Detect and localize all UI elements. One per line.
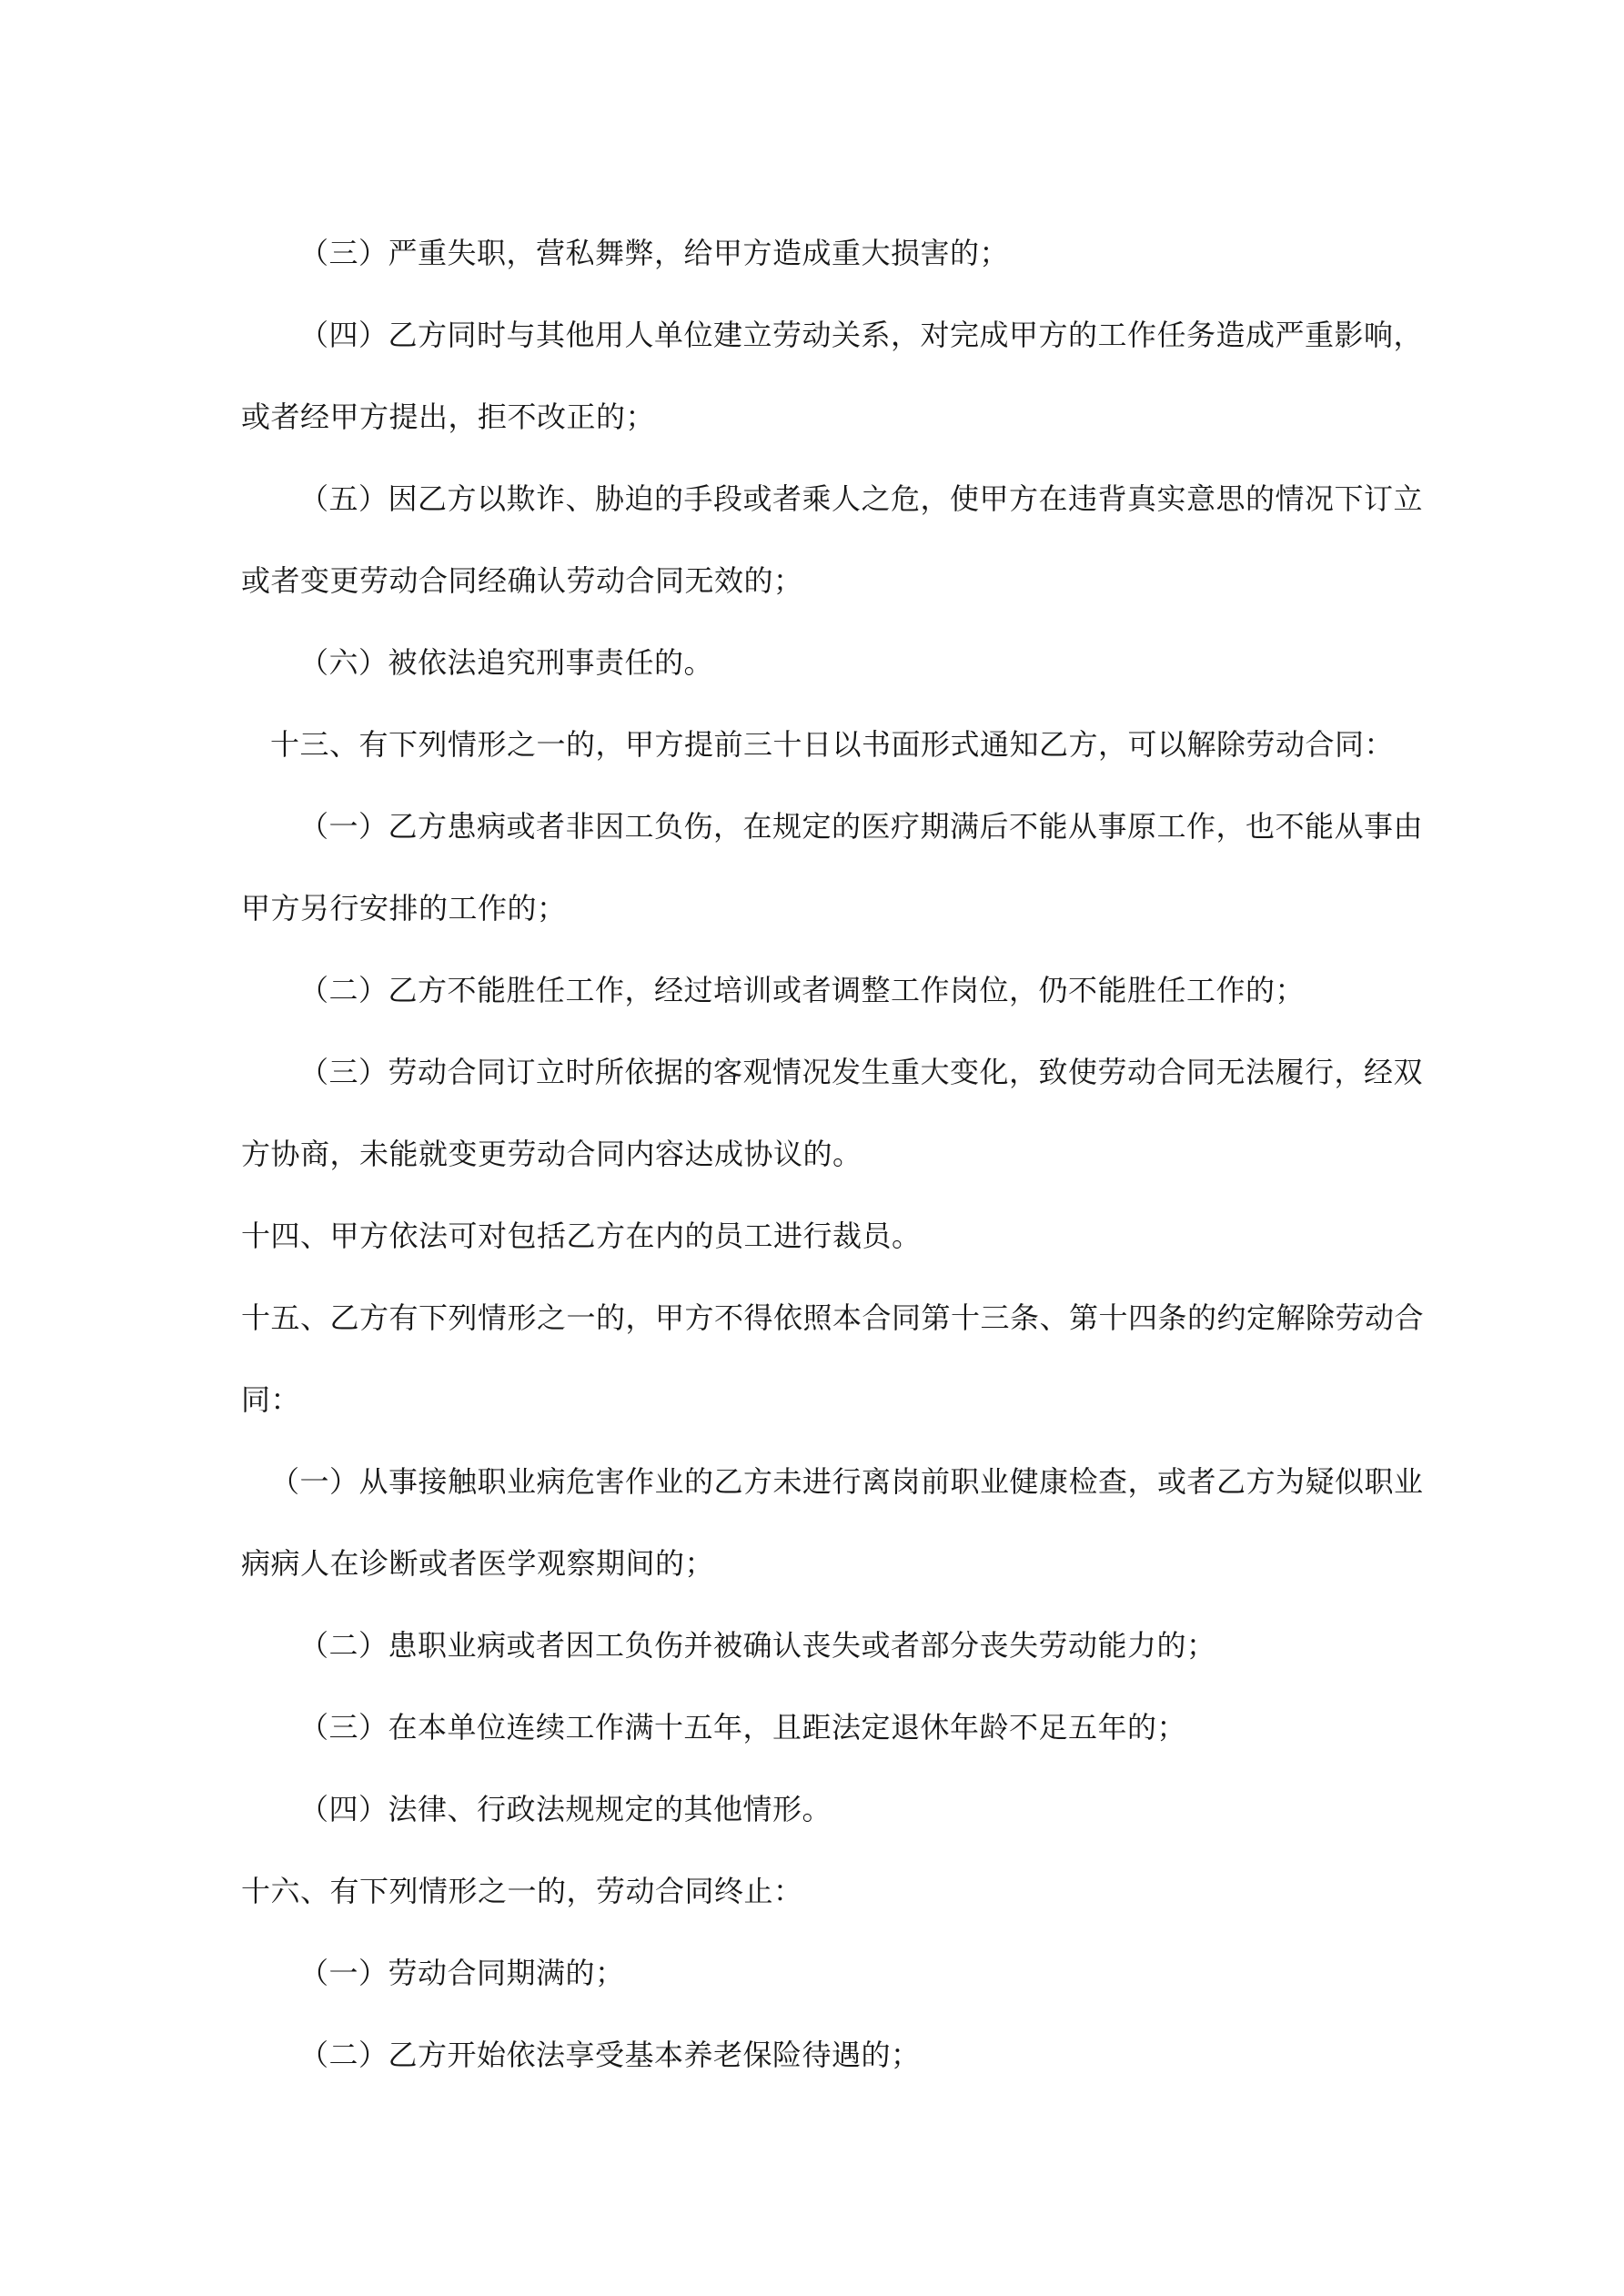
clause-line: （六）被依法追究刑事责任的。 <box>241 622 1389 703</box>
clause-line-cont: 或者变更劳动合同经确认劳动合同无效的； <box>241 540 1389 622</box>
clause-line: （一）从事接触职业病危害作业的乙方未进行离岗前职业健康检查，或者乙方为疑似职业 <box>241 1441 1389 1522</box>
article-15-line: 十五、乙方有下列情形之一的，甲方不得依照本合同第十三条、第十四条的约定解除劳动合 <box>241 1277 1389 1359</box>
article-16-line: 十六、有下列情形之一的，劳动合同终止： <box>241 1850 1389 1932</box>
clause-line-cont: 方协商，未能就变更劳动合同内容达成协议的。 <box>241 1113 1389 1195</box>
document-page: （三）严重失职，营私舞弊，给甲方造成重大损害的； （四）乙方同时与其他用人单位建… <box>0 0 1624 2296</box>
clause-line: （四）法律、行政法规规定的其他情形。 <box>241 1768 1389 1850</box>
article-14-line: 十四、甲方依法可对包括乙方在内的员工进行裁员。 <box>241 1195 1389 1277</box>
contract-text-block: （三）严重失职，营私舞弊，给甲方造成重大损害的； （四）乙方同时与其他用人单位建… <box>241 212 1389 2096</box>
clause-line: （五）因乙方以欺诈、胁迫的手段或者乘人之危，使甲方在违背真实意思的情况下订立 <box>241 458 1389 540</box>
clause-line: （三）劳动合同订立时所依据的客观情况发生重大变化，致使劳动合同无法履行，经双 <box>241 1031 1389 1113</box>
clause-line: （二）乙方不能胜任工作，经过培训或者调整工作岗位，仍不能胜任工作的； <box>241 949 1389 1031</box>
clause-line: （一）乙方患病或者非因工负伤，在规定的医疗期满后不能从事原工作，也不能从事由 <box>241 785 1389 867</box>
article-15-cont: 同： <box>241 1359 1389 1441</box>
clause-line: （三）在本单位连续工作满十五年，且距法定退休年龄不足五年的； <box>241 1686 1389 1768</box>
clause-line: （三）严重失职，营私舞弊，给甲方造成重大损害的； <box>241 212 1389 294</box>
clause-line-cont: 甲方另行安排的工作的； <box>241 867 1389 949</box>
clause-line: （四）乙方同时与其他用人单位建立劳动关系，对完成甲方的工作任务造成严重影响， <box>241 294 1389 376</box>
clause-line: （二）乙方开始依法享受基本养老保险待遇的； <box>241 2014 1389 2096</box>
clause-line-cont: 或者经甲方提出，拒不改正的； <box>241 376 1389 458</box>
clause-line-cont: 病病人在诊断或者医学观察期间的； <box>241 1522 1389 1604</box>
article-13-line: 十三、有下列情形之一的，甲方提前三十日以书面形式通知乙方，可以解除劳动合同： <box>241 703 1389 785</box>
clause-line: （二）患职业病或者因工负伤并被确认丧失或者部分丧失劳动能力的； <box>241 1604 1389 1686</box>
clause-line: （一）劳动合同期满的； <box>241 1932 1389 2014</box>
